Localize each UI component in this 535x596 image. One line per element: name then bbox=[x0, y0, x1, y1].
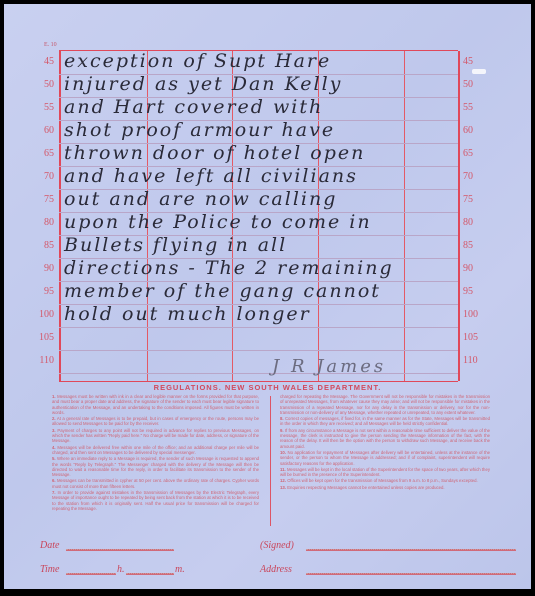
row-number-left: 50 bbox=[34, 79, 54, 90]
handwritten-line: and have left all civilians bbox=[64, 165, 358, 187]
regulation-number: 8. bbox=[280, 416, 284, 421]
signed-field[interactable] bbox=[306, 549, 516, 551]
regulations-right-column: charged for repeating the Message. The G… bbox=[280, 394, 490, 491]
regulation-text: Messages will be kept in the local stati… bbox=[280, 467, 490, 477]
regulation-text: If from any circumstance a Message is no… bbox=[280, 428, 490, 449]
address-field[interactable] bbox=[306, 573, 516, 575]
regulation-item: 13. Enquiries respecting Messages cannot… bbox=[280, 485, 490, 490]
row-number-left: 70 bbox=[34, 171, 54, 182]
handwritten-line: thrown door of hotel open bbox=[64, 142, 365, 164]
regulations-left-column: 1. Messages must be written with ink in … bbox=[52, 394, 259, 512]
address-label: Address bbox=[260, 564, 292, 575]
regulation-number: 9. bbox=[280, 428, 284, 433]
handwritten-line: shot proof armour have bbox=[64, 119, 335, 141]
regulation-item: 2. At a general rate of Messages is to b… bbox=[52, 416, 259, 427]
row-number-right: 95 bbox=[463, 286, 483, 297]
regulation-text: At a general rate of Messages is to be p… bbox=[52, 416, 259, 426]
date-label: Date bbox=[40, 540, 59, 551]
paper-tear-mark bbox=[472, 69, 486, 74]
regulation-number: 2. bbox=[52, 416, 56, 421]
regulation-number: 6. bbox=[52, 478, 56, 483]
row-number-right: 80 bbox=[463, 217, 483, 228]
row-number-right: 50 bbox=[463, 79, 483, 90]
signed-label: (Signed) bbox=[260, 540, 294, 551]
regulation-text: Where an immediate reply to a Message is… bbox=[52, 456, 259, 477]
regulations-title: REGULATIONS. NEW SOUTH WALES DEPARTMENT. bbox=[4, 383, 531, 392]
regulation-text: No application for repayment of Messages… bbox=[280, 450, 490, 466]
row-number-left: 100 bbox=[34, 309, 54, 320]
regulation-text: charged for repeating the Message. The G… bbox=[280, 394, 490, 415]
regulation-item: 10. No application for repayment of Mess… bbox=[280, 450, 490, 466]
regulation-item: charged for repeating the Message. The G… bbox=[280, 394, 490, 415]
regulation-item: 8. Correct copies of messages, if fixed … bbox=[280, 416, 490, 427]
hours-label: h. bbox=[117, 564, 125, 575]
row-number-right: 55 bbox=[463, 102, 483, 113]
row-number-left: 110 bbox=[34, 355, 54, 366]
grid-row bbox=[59, 351, 458, 374]
regulation-text: Enquiries respecting Messages cannot be … bbox=[287, 485, 444, 490]
row-number-left: 75 bbox=[34, 194, 54, 205]
regulation-text: Messages will be delivered free within o… bbox=[52, 445, 259, 455]
form-code: E. 10 bbox=[44, 42, 57, 48]
row-number-left: 65 bbox=[34, 148, 54, 159]
regulation-number: 4. bbox=[52, 445, 56, 450]
handwritten-line: and Hart covered with bbox=[64, 96, 323, 118]
time-label: Time bbox=[40, 564, 59, 575]
regulation-text: Payment of charges to any point will not… bbox=[52, 428, 259, 444]
regulations-divider bbox=[270, 396, 271, 526]
row-number-right: 110 bbox=[463, 355, 483, 366]
regulation-number: 7. bbox=[52, 490, 56, 495]
time-minutes-field[interactable] bbox=[126, 573, 174, 575]
handwritten-line: out and are now calling bbox=[64, 188, 337, 210]
handwritten-line: Bullets flying in all bbox=[64, 234, 287, 256]
regulation-text: Correct copies of messages, if fixed for… bbox=[280, 416, 490, 426]
regulation-number: 3. bbox=[52, 428, 56, 433]
regulation-number: 10. bbox=[280, 450, 286, 455]
regulation-number: 1. bbox=[52, 394, 56, 399]
row-number-left: 60 bbox=[34, 125, 54, 136]
regulation-number: 11. bbox=[280, 467, 286, 472]
regulation-item: 11. Messages will be kept in the local s… bbox=[280, 467, 490, 478]
time-hours-field[interactable] bbox=[66, 573, 116, 575]
row-number-right: 65 bbox=[463, 148, 483, 159]
minutes-label: m. bbox=[175, 564, 185, 575]
regulation-text: Offices will be kept open for the transm… bbox=[287, 478, 478, 483]
row-number-right: 75 bbox=[463, 194, 483, 205]
row-number-right: 70 bbox=[463, 171, 483, 182]
handwritten-line: directions - The 2 remaining bbox=[64, 257, 394, 279]
row-number-left: 45 bbox=[34, 56, 54, 67]
sender-signature: J R James bbox=[272, 356, 386, 377]
date-field[interactable] bbox=[66, 549, 174, 551]
row-number-right: 90 bbox=[463, 263, 483, 274]
regulation-item: 6. Messages can be transmitted in cypher… bbox=[52, 478, 259, 489]
regulation-text: In order to provide against mistakes in … bbox=[52, 490, 259, 511]
row-number-right: 105 bbox=[463, 332, 483, 343]
regulation-number: 13. bbox=[280, 485, 286, 490]
handwritten-line: upon the Police to come in bbox=[64, 211, 372, 233]
row-number-left: 90 bbox=[34, 263, 54, 274]
regulation-item: 7. In order to provide against mistakes … bbox=[52, 490, 259, 511]
telegram-form: E. 10 J R James REGULATIONS. NEW SOUTH W… bbox=[4, 4, 531, 589]
row-number-left: 105 bbox=[34, 332, 54, 343]
regulation-number: 12. bbox=[280, 478, 286, 483]
regulation-text: Messages can be transmitted in cypher at… bbox=[52, 478, 259, 488]
grid-row bbox=[59, 328, 458, 351]
regulation-item: 1. Messages must be written with ink in … bbox=[52, 394, 259, 415]
regulation-item: 3. Payment of charges to any point will … bbox=[52, 428, 259, 444]
row-number-left: 80 bbox=[34, 217, 54, 228]
handwritten-line: exception of Supt Hare bbox=[64, 50, 331, 72]
handwritten-line: member of the gang cannot bbox=[64, 280, 381, 302]
row-number-left: 95 bbox=[34, 286, 54, 297]
row-number-right: 85 bbox=[463, 240, 483, 251]
regulation-number: 5. bbox=[52, 456, 56, 461]
regulation-text: Messages must be written with ink in a c… bbox=[52, 394, 259, 415]
row-number-left: 55 bbox=[34, 102, 54, 113]
handwritten-line: hold out much longer bbox=[64, 303, 311, 325]
row-number-right: 100 bbox=[463, 309, 483, 320]
regulation-item: 9. If from any circumstance a Message is… bbox=[280, 428, 490, 449]
regulation-item: 12. Offices will be kept open for the tr… bbox=[280, 478, 490, 483]
row-number-right: 45 bbox=[463, 56, 483, 67]
handwritten-line: injured as yet Dan Kelly bbox=[64, 73, 342, 95]
row-number-left: 85 bbox=[34, 240, 54, 251]
regulation-item: 5. Where an immediate reply to a Message… bbox=[52, 456, 259, 477]
grid-border-right bbox=[458, 51, 460, 381]
row-number-right: 60 bbox=[463, 125, 483, 136]
regulation-item: 4. Messages will be delivered free withi… bbox=[52, 445, 259, 456]
